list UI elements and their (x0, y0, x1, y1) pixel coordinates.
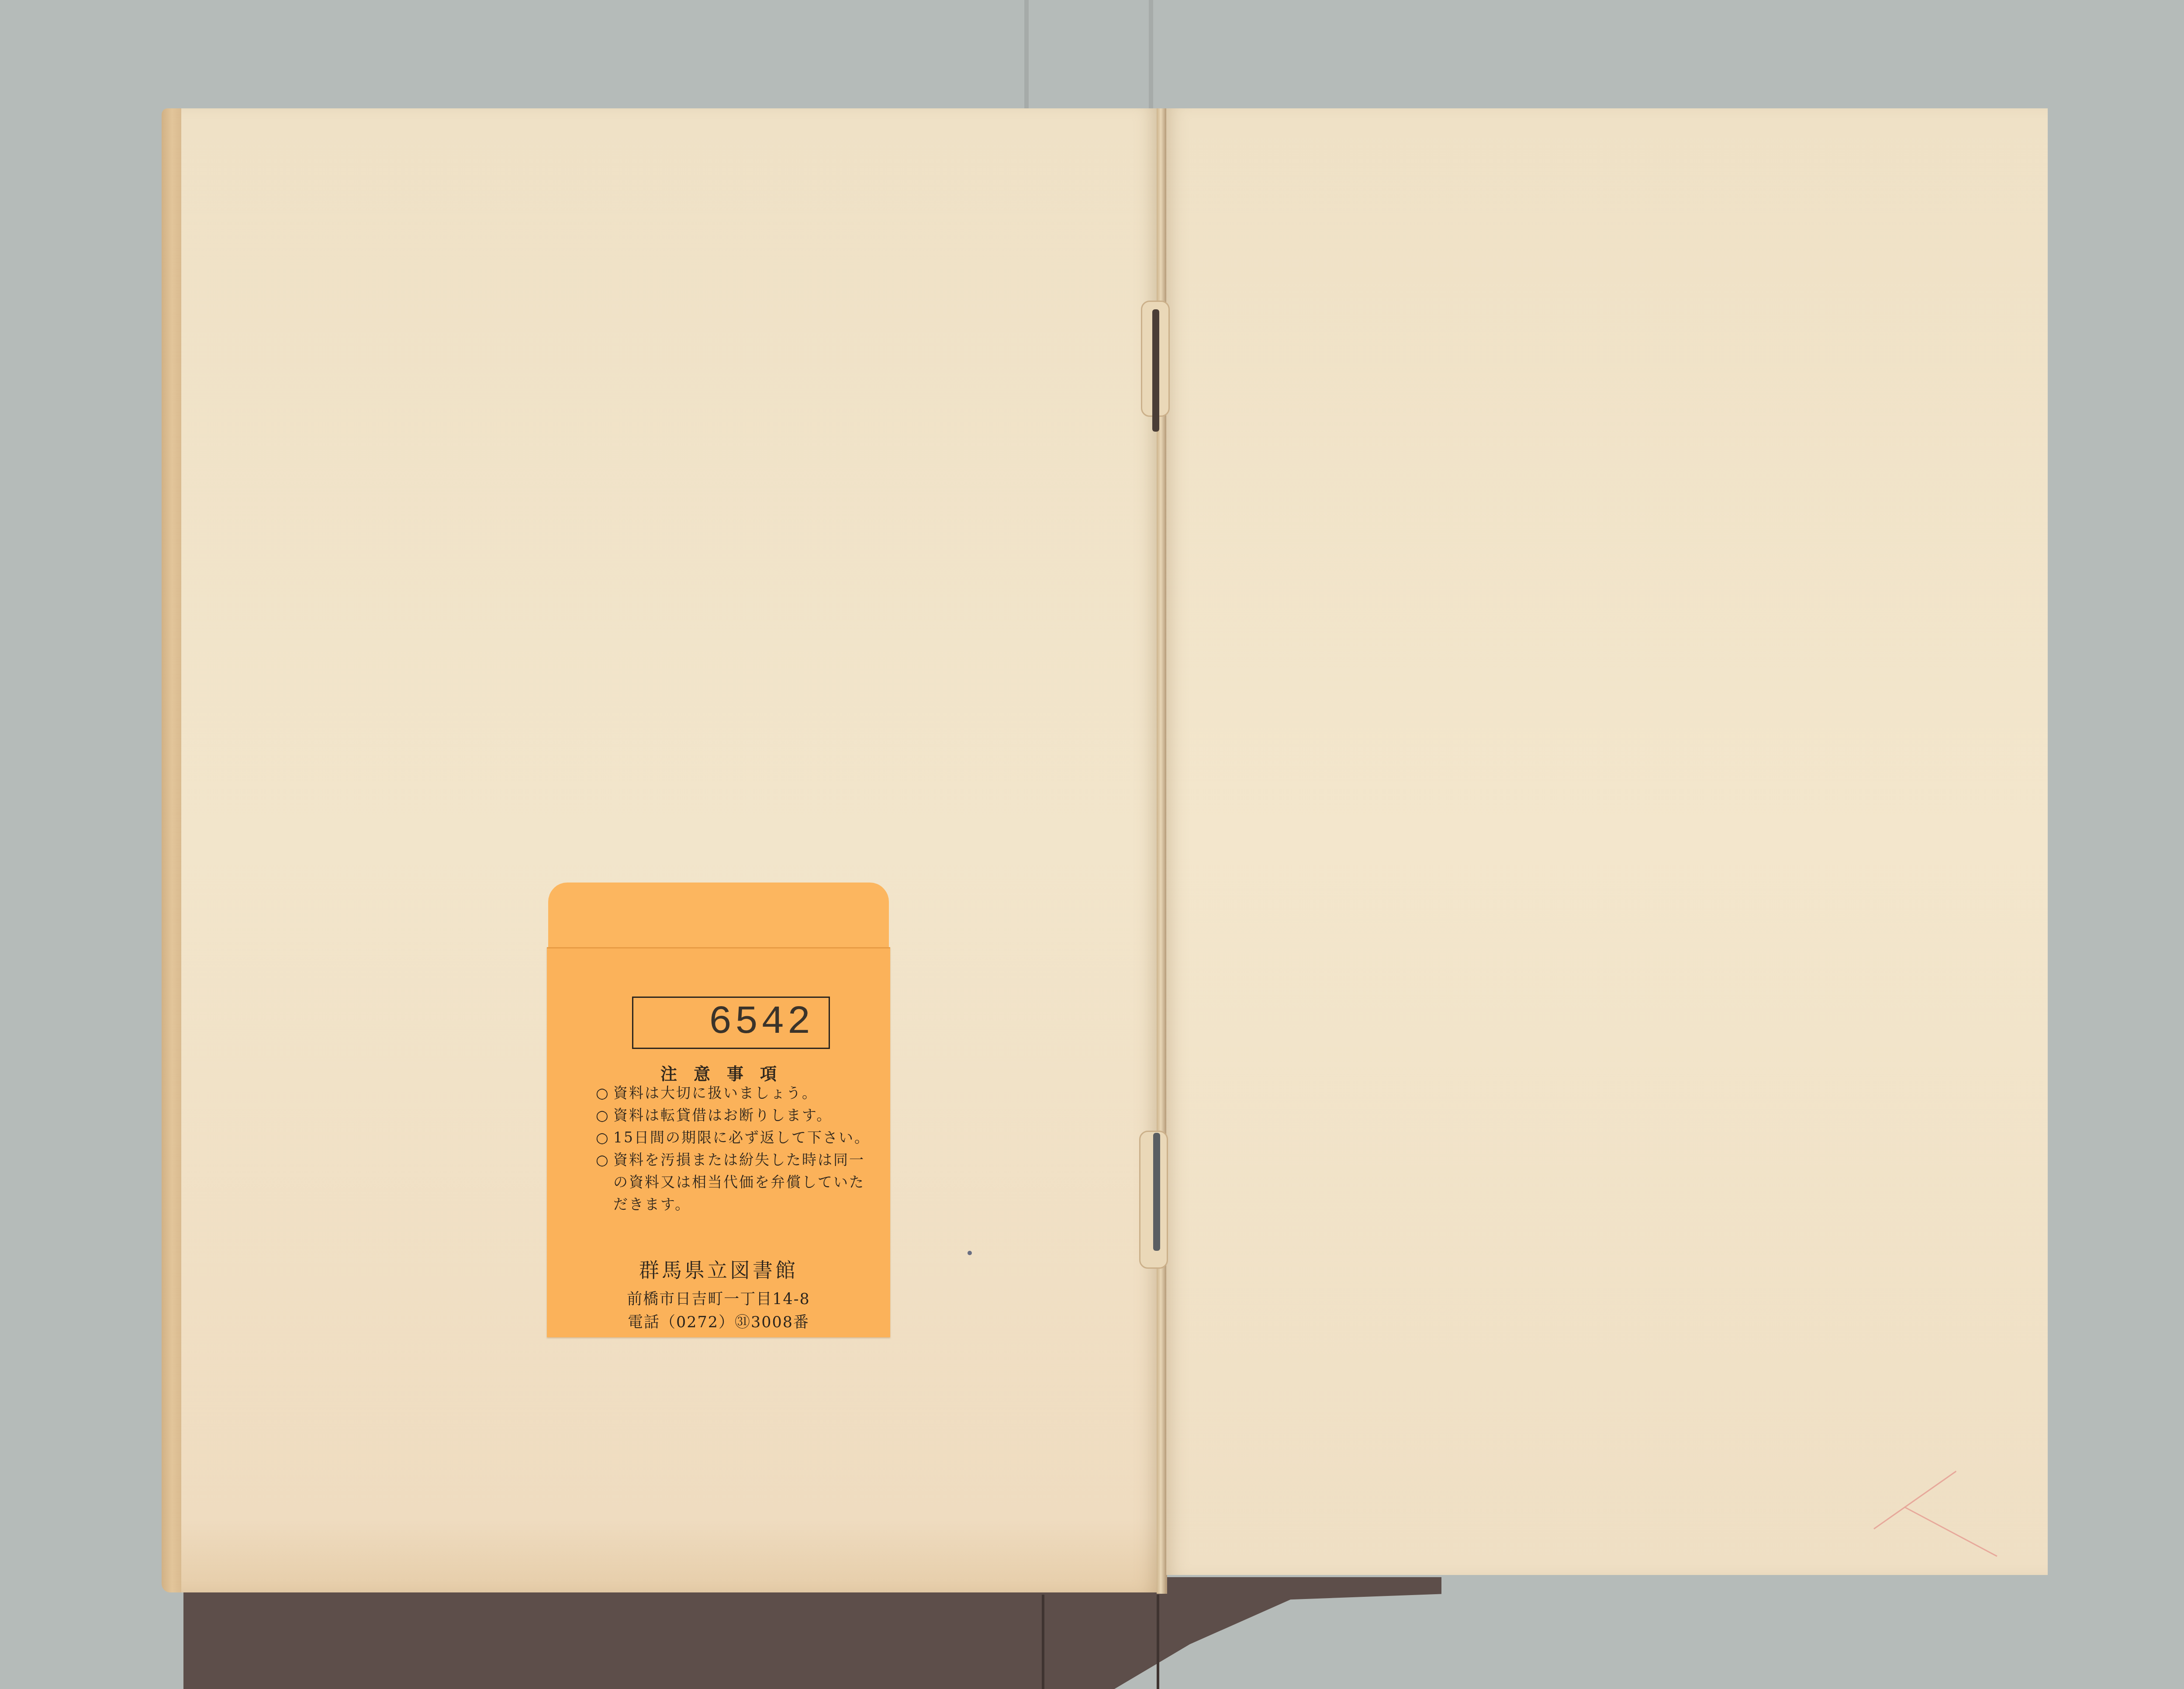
rule-text: 資料は大切に扱いましょう。 (613, 1084, 818, 1101)
notice-rules: ○資料は大切に扱いましょう。 ○資料は転貸借はお断りします。 ○15日間の期限に… (596, 1082, 875, 1215)
shadow-crease (1157, 1595, 1159, 1689)
pencil-mark (1904, 1506, 1997, 1557)
notice-rule: ○資料は大切に扱いましょう。 (596, 1082, 875, 1104)
rule-text: 資料を汚損または紛失した時は同一の資料又は相当代価を弁償していただきます。 (613, 1151, 865, 1213)
call-number: 6542 (708, 1000, 813, 1045)
staple-icon (1152, 309, 1159, 432)
notice-rule: ○資料は転貸借はお断りします。 (596, 1104, 875, 1126)
circle-bullet-icon: ○ (596, 1104, 613, 1126)
circle-bullet-icon: ○ (596, 1149, 613, 1171)
pencil-mark (1873, 1471, 1956, 1529)
rule-text: 資料は転貸借はお断りします。 (613, 1107, 832, 1124)
background-seam (1024, 0, 1029, 109)
library-name: 群馬県立図書館 (547, 1254, 890, 1283)
background-seam (1149, 0, 1153, 109)
right-page (1166, 108, 2048, 1575)
notice-rule: ○資料を汚損または紛失した時は同一の資料又は相当代価を弁償していただきます。 (596, 1149, 875, 1215)
notice-heading: 注意事項 (547, 1060, 890, 1084)
library-phone: 電話（0272）㉛3008番 (547, 1310, 890, 1332)
left-page (181, 108, 1158, 1592)
paper-speck (968, 1251, 972, 1255)
page-stack-edge (162, 108, 183, 1592)
library-address: 前橋市日吉町一丁目14-8 (547, 1287, 890, 1309)
notice-rule: ○15日間の期限に必ず返して下さい。 (596, 1126, 875, 1149)
rule-text: 15日間の期限に必ず返して下さい。 (613, 1129, 870, 1146)
library-book-pocket[interactable]: 6542 注意事項 ○資料は大切に扱いましょう。 ○資料は転貸借はお断りします。… (547, 947, 890, 1337)
call-number-box: 6542 (632, 997, 830, 1049)
book-shadow (183, 1577, 1441, 1689)
circle-bullet-icon: ○ (596, 1082, 613, 1104)
open-book (162, 108, 2049, 1594)
circle-bullet-icon: ○ (596, 1126, 613, 1149)
shadow-crease (1042, 1595, 1044, 1689)
staple-icon (1153, 1133, 1160, 1251)
